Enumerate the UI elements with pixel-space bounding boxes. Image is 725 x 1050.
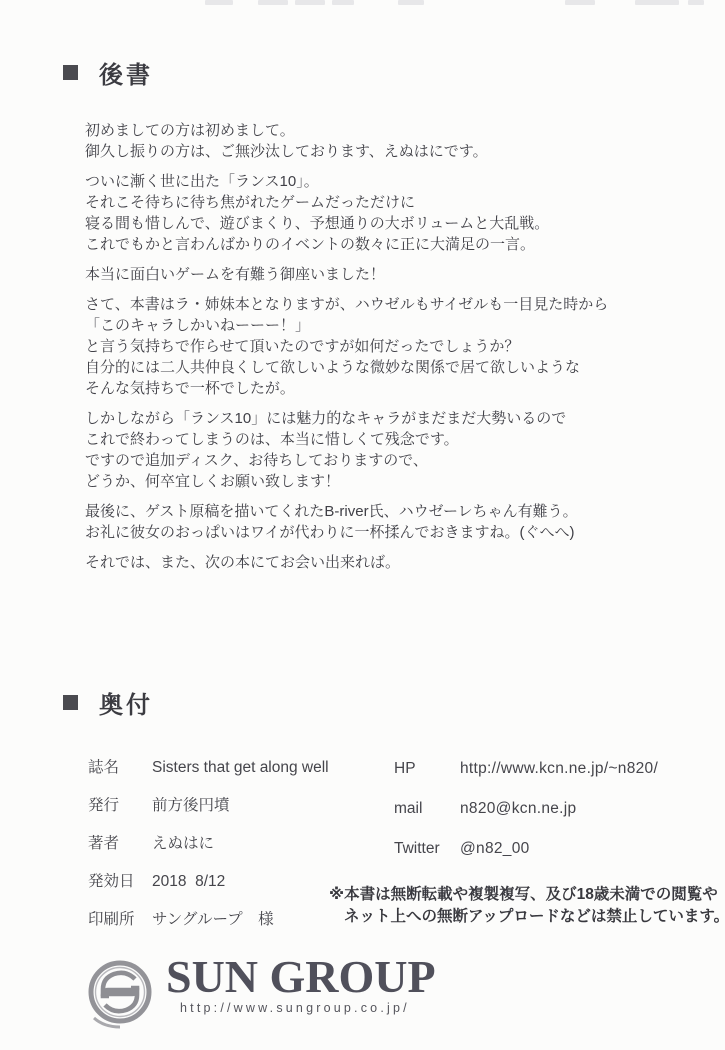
paragraph: さて、本書はラ・姉妹本となりますが、ハウゼルもサイゼルも一目見た時から「このキャ…: [85, 294, 685, 399]
text-line: 「このキャラしかいねーーー！」: [85, 315, 685, 336]
sun-group-emblem-icon: [84, 956, 156, 1032]
text-line: さて、本書はラ・姉妹本となりますが、ハウゼルもサイゼルも一目見た時から: [85, 294, 685, 315]
row-label: 発行: [88, 795, 152, 816]
text-line: それこそ待ちに待ち焦がれたゲームだっただけに: [85, 192, 685, 213]
scan-artifact: [565, 0, 595, 5]
colophon-heading: 奥付: [63, 685, 153, 720]
logo-name: SUN GROUP: [166, 954, 436, 1000]
row-value: 前方後円墳: [152, 795, 230, 816]
text-line: ※本書は無断転載や複製複写、及び18歳未満での閲覧や: [329, 884, 725, 906]
paragraph: ついに漸く世に出た「ランス10」。それこそ待ちに待ち焦がれたゲームだっただけに寝…: [85, 171, 685, 255]
text-line: どうか、何卒宜しくお願い致します！: [85, 471, 685, 492]
text-line: 最後に、ゲスト原稿を描いてくれたB-river氏、ハウゼーレちゃん有難う。: [85, 501, 685, 522]
row-label: 誌名: [88, 757, 152, 778]
row-value: えぬはに: [152, 833, 214, 854]
afterword-body: 初めましての方は初めまして。御久し振りの方は、ご無沙汰しております、えぬはにです…: [85, 120, 685, 582]
labeled-row: 発効日2018 8/12: [88, 871, 329, 892]
text-line: そんな気持ちで一杯でしたが。: [85, 378, 685, 399]
labeled-row: 著者えぬはに: [88, 833, 329, 854]
text-line: これでもかと言わんばかりのイベントの数々に正に大満足の一言。: [85, 234, 685, 255]
text-line: 御久し振りの方は、ご無沙汰しております、えぬはにです。: [85, 141, 685, 162]
logo-url: http://www.sungroup.co.jp/: [180, 1001, 436, 1015]
text-line: ですので追加ディスク、お待ちしておりますので、: [85, 450, 685, 471]
text-line: しかしながら「ランス10」には魅力的なキャラがまだまだ大勢いるので: [85, 408, 685, 429]
row-label: HP: [394, 758, 460, 779]
row-value: Sisters that get along well: [152, 757, 329, 778]
row-label: mail: [394, 798, 460, 819]
scan-artifact: [332, 0, 354, 5]
text-line: 寝る間も惜しんで、遊びまくり、予想通りの大ボリュームと大乱戦。: [85, 213, 685, 234]
text-line: それでは、また、次の本にてお会い出来れば。: [85, 552, 685, 573]
afterword-heading: 後書: [63, 55, 153, 90]
labeled-row: mailn820@kcn.ne.jp: [394, 798, 658, 819]
labeled-row: 印刷所サングループ 様: [88, 909, 329, 930]
scanned-doujin-page: 後書 初めましての方は初めまして。御久し振りの方は、ご無沙汰しております、えぬは…: [0, 0, 725, 1050]
afterword-heading-title: 後書: [99, 55, 153, 90]
row-label: 印刷所: [88, 909, 152, 930]
row-label: Twitter: [394, 838, 460, 859]
logo-text-block: SUN GROUP http://www.sungroup.co.jp/: [166, 954, 436, 1015]
text-line: これで終わってしまうのは、本当に惜しくて残念です。: [85, 429, 685, 450]
colophon-table: 誌名Sisters that get along well発行前方後円墳著者えぬ…: [88, 757, 329, 947]
labeled-row: 発行前方後円墳: [88, 795, 329, 816]
scan-artifact: [258, 0, 288, 5]
text-line: と言う気持ちで作らせて頂いたのですが如何だったでしょうか？: [85, 336, 685, 357]
row-value: n820@kcn.ne.jp: [460, 798, 576, 819]
colophon-heading-title: 奥付: [99, 685, 153, 720]
paragraph: しかしながら「ランス10」には魅力的なキャラがまだまだ大勢いるのでこれで終わって…: [85, 408, 685, 492]
scan-artifact: [205, 0, 233, 5]
row-value: @n82_00: [460, 838, 530, 859]
row-label: 発効日: [88, 871, 152, 892]
sun-group-logo: SUN GROUP http://www.sungroup.co.jp/: [84, 954, 436, 1032]
heading-square-icon: [63, 695, 78, 710]
scan-artifact: [295, 0, 325, 5]
text-line: 自分的には二人共仲良くして欲しいような微妙な関係で居て欲しいような: [85, 357, 685, 378]
contact-list: HPhttp://www.kcn.ne.jp/~n820/mailn820@kc…: [394, 758, 658, 878]
disclaimer-text: ※本書は無断転載や複製複写、及び18歳未満での閲覧やネット上への無断アップロード…: [329, 884, 725, 928]
labeled-row: HPhttp://www.kcn.ne.jp/~n820/: [394, 758, 658, 779]
text-line: 本当に面白いゲームを有難う御座いました！: [85, 264, 685, 285]
heading-square-icon: [63, 65, 78, 80]
paragraph: 初めましての方は初めまして。御久し振りの方は、ご無沙汰しております、えぬはにです…: [85, 120, 685, 162]
row-value: サングループ 様: [152, 909, 274, 930]
scan-artifact: [688, 0, 704, 5]
row-value: 2018 8/12: [152, 871, 225, 892]
paragraph: 本当に面白いゲームを有難う御座いました！: [85, 264, 685, 285]
text-line: お礼に彼女のおっぱいはワイが代わりに一杯揉んでおきますね。(ぐへへ): [85, 522, 685, 543]
labeled-row: Twitter@n82_00: [394, 838, 658, 859]
text-line: ついに漸く世に出た「ランス10」。: [85, 171, 685, 192]
row-label: 著者: [88, 833, 152, 854]
scan-artifact: [398, 0, 424, 5]
text-line: 初めましての方は初めまして。: [85, 120, 685, 141]
labeled-row: 誌名Sisters that get along well: [88, 757, 329, 778]
text-line: ネット上への無断アップロードなどは禁止しています。: [329, 906, 725, 928]
paragraph: 最後に、ゲスト原稿を描いてくれたB-river氏、ハウゼーレちゃん有難う。お礼に…: [85, 501, 685, 543]
row-value: http://www.kcn.ne.jp/~n820/: [460, 758, 658, 779]
paragraph: それでは、また、次の本にてお会い出来れば。: [85, 552, 685, 573]
scan-artifact: [635, 0, 679, 5]
